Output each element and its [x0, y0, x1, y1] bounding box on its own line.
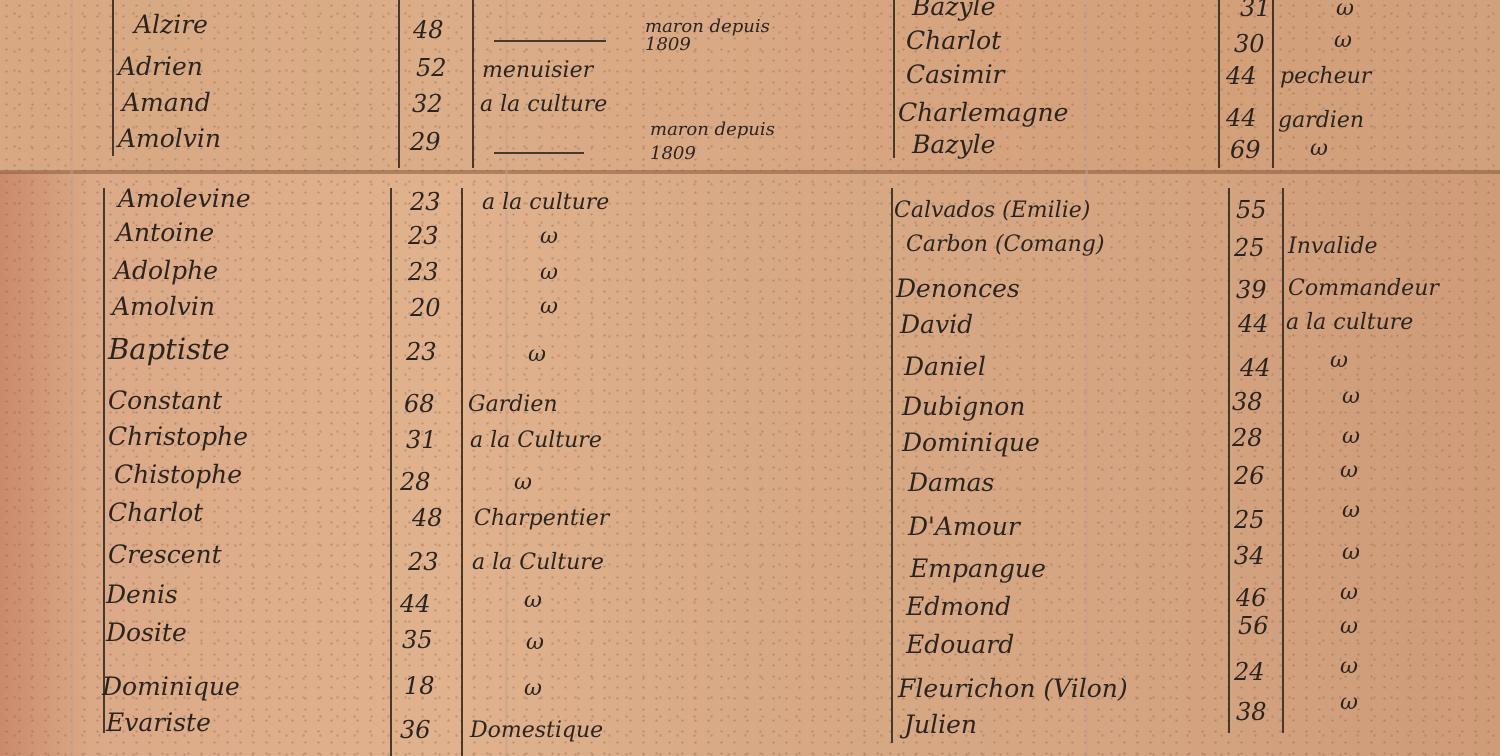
entry-age: 23	[408, 222, 439, 250]
entry-occupation: a la culture	[480, 92, 607, 117]
entry-occupation: ω	[1340, 654, 1358, 679]
column-rule	[390, 188, 392, 756]
entry-age: 44	[1240, 354, 1271, 382]
entry-age: 36	[400, 716, 431, 744]
entry-age: 46	[1236, 584, 1267, 612]
entry-occupation: menuisier	[482, 58, 593, 83]
entry-age: 18	[404, 672, 435, 700]
entry-occupation: Commandeur	[1288, 276, 1439, 301]
entry-age: 23	[408, 258, 439, 286]
entry-age: 31	[1240, 0, 1271, 22]
entry-name: Denis	[106, 580, 178, 609]
entry-name: Amolevine	[118, 184, 251, 213]
entry-occupation: pecheur	[1280, 64, 1371, 89]
entry-age: 23	[406, 338, 437, 366]
entry-occupation: ω	[514, 470, 532, 495]
entry-age: 69	[1230, 136, 1261, 164]
entry-name: Dosite	[106, 618, 187, 647]
column-rule	[1228, 188, 1230, 733]
clay-texture	[0, 0, 1500, 756]
entry-occupation: ω	[1342, 498, 1360, 523]
entry-name: Charlot	[906, 26, 1001, 55]
entry-age: 56	[1238, 612, 1269, 640]
entry-name: Amolvin	[118, 124, 221, 153]
entry-occupation: a la culture	[482, 190, 609, 215]
column-rule	[398, 0, 400, 168]
entry-name: Casimir	[906, 60, 1005, 89]
entry-name: Antoine	[116, 218, 214, 247]
entry-age: 23	[408, 548, 439, 576]
entry-age: 20	[410, 294, 441, 322]
entry-occupation: Invalide	[1288, 234, 1378, 259]
entry-age: 23	[410, 188, 441, 216]
entry-occupation: a la Culture	[470, 428, 602, 453]
entry-name: Julien	[904, 710, 977, 739]
column-rule	[1282, 188, 1284, 733]
entry-age: 28	[1232, 424, 1263, 452]
entry-age: 35	[402, 626, 433, 654]
entry-name: Amolvin	[112, 292, 215, 321]
entry-occupation: ω	[528, 342, 546, 367]
column-rule	[103, 188, 105, 733]
entry-age: 48	[412, 504, 443, 532]
entry-occupation: ω	[1340, 580, 1358, 605]
column-rule	[1272, 0, 1274, 168]
blank-dash	[494, 152, 584, 154]
entry-age: 31	[406, 426, 437, 454]
entry-name: Alzire	[134, 10, 208, 39]
entry-age: 26	[1234, 462, 1265, 490]
entry-age: 29	[410, 128, 441, 156]
entry-name: Carbon (Comang)	[906, 232, 1104, 257]
column-rule	[1218, 0, 1220, 168]
entry-name: Evariste	[106, 708, 211, 737]
column-rule	[461, 188, 463, 756]
entry-name: Daniel	[904, 352, 986, 381]
entry-age: 44	[1238, 310, 1269, 338]
entry-age: 38	[1232, 388, 1263, 416]
entry-occupation: ω	[540, 260, 558, 285]
entry-name: Adrien	[118, 52, 203, 81]
entry-name: Edmond	[906, 592, 1011, 621]
entry-occupation: ω	[1340, 690, 1358, 715]
entry-name: Bazyle	[912, 0, 995, 21]
entry-age: 30	[1234, 30, 1265, 58]
entry-occupation: ω	[1342, 384, 1360, 409]
entry-name: D'Amour	[908, 512, 1020, 541]
entry-age: 44	[400, 590, 431, 618]
entry-occupation: ω	[526, 630, 544, 655]
entry-age: 55	[1236, 196, 1267, 224]
column-rule	[893, 0, 895, 158]
blank-dash	[494, 40, 606, 42]
entry-name: Dominique	[102, 672, 240, 701]
entry-occupation: ω	[540, 224, 558, 249]
entry-age: 32	[412, 90, 443, 118]
entry-age: 28	[400, 468, 431, 496]
entry-name: Dominique	[902, 428, 1040, 457]
entry-occupation: ω	[1334, 28, 1352, 53]
entry-age: 34	[1234, 542, 1265, 570]
column-rule	[472, 0, 474, 168]
entry-name: Bazyle	[912, 130, 995, 159]
entry-age: 25	[1234, 506, 1265, 534]
entry-name: Amand	[122, 88, 211, 117]
tile-seam-vertical	[1085, 0, 1088, 756]
entry-age: 48	[413, 16, 444, 44]
entry-occupation: ω	[1340, 614, 1358, 639]
entry-name: Edouard	[906, 630, 1014, 659]
entry-name: David	[900, 310, 973, 339]
entry-name: Calvados (Emilie)	[894, 198, 1090, 223]
entry-name: Baptiste	[108, 332, 230, 366]
entry-age: 24	[1234, 658, 1265, 686]
entry-name: Constant	[108, 386, 222, 415]
entry-occupation: ω	[1330, 348, 1348, 373]
entry-name: Crescent	[108, 540, 222, 569]
entry-occupation: ω	[524, 676, 542, 701]
entry-name: Dubignon	[902, 392, 1025, 421]
entry-occupation: ω	[1342, 424, 1360, 449]
entry-age: 38	[1236, 698, 1267, 726]
entry-occupation: ω	[1336, 0, 1354, 21]
tile-seam-vertical	[70, 0, 73, 756]
entry-occupation: a la Culture	[472, 550, 604, 575]
entry-occupation: ω	[1342, 540, 1360, 565]
entry-occupation: Domestique	[470, 718, 603, 743]
entry-occupation: gardien	[1278, 108, 1364, 133]
entry-name: Charlemagne	[898, 98, 1068, 127]
entry-age: 44	[1226, 104, 1257, 132]
entry-name: Charlot	[108, 498, 203, 527]
entry-name: Christophe	[108, 422, 248, 451]
entry-age: 68	[404, 390, 435, 418]
column-rule	[891, 188, 893, 743]
entry-occupation: ω	[540, 294, 558, 319]
entry-occupation: ω	[1340, 458, 1358, 483]
entry-name: Chistophe	[114, 460, 242, 489]
tile-seam-horizontal	[0, 170, 1500, 174]
entry-name: Damas	[908, 468, 994, 497]
entry-age: 52	[416, 54, 447, 82]
entry-note: maron depuis 1809	[650, 118, 820, 166]
column-rule	[112, 0, 114, 156]
entry-occupation: ω	[1310, 136, 1328, 161]
entry-note: maron depuis 1809	[645, 18, 795, 54]
entry-age: 39	[1236, 276, 1267, 304]
entry-occupation: Charpentier	[474, 506, 609, 531]
entry-name: Empangue	[910, 554, 1046, 583]
entry-occupation: a la culture	[1286, 310, 1413, 335]
entry-occupation: ω	[524, 588, 542, 613]
entry-name: Adolphe	[114, 256, 218, 285]
entry-name: Denonces	[896, 274, 1020, 303]
entry-age: 25	[1234, 234, 1265, 262]
entry-name: Fleurichon (Vilon)	[898, 674, 1128, 703]
entry-age: 44	[1226, 62, 1257, 90]
entry-occupation: Gardien	[468, 392, 558, 417]
